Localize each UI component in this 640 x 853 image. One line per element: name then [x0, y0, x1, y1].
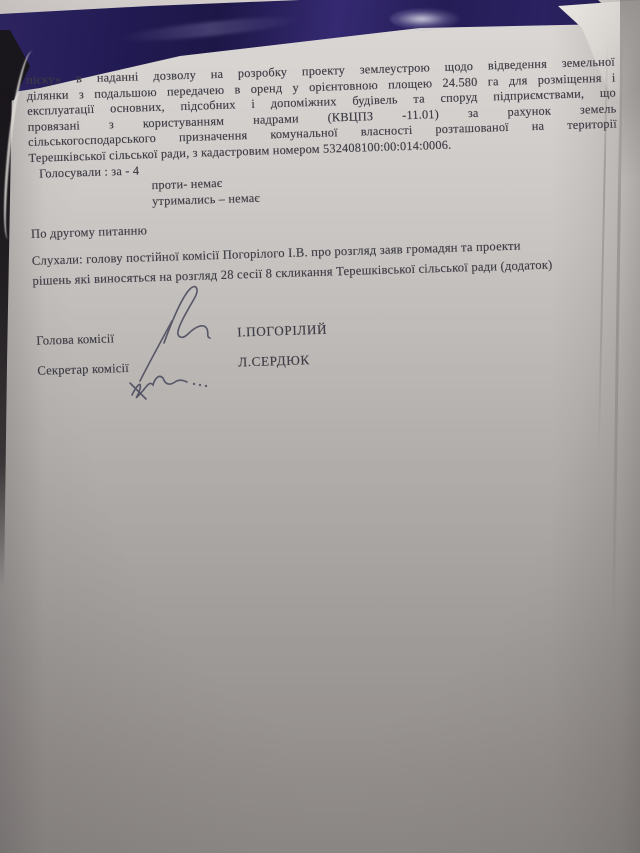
signature-dot: [199, 384, 201, 386]
folder-gloss-highlight: [390, 8, 460, 30]
signature-dot: [193, 383, 195, 385]
signer-name: Л.СЕРДЮК: [238, 353, 310, 371]
photo-scene: піску» в наданні дозволу на розробку про…: [0, 0, 640, 853]
signer-role: Голова комісії: [36, 332, 114, 349]
signer-name: І.ПОГОРІЛИЙ: [237, 322, 327, 341]
document-text: піску» в наданні дозволу на розробку про…: [26, 54, 625, 386]
handwritten-signatures: [118, 283, 238, 403]
signer-role: Секретар комісії: [37, 361, 129, 379]
signature-stroke-chairman: [164, 287, 210, 343]
signature-stroke-chairman-tail: [140, 321, 172, 381]
signature-dot: [205, 385, 207, 387]
